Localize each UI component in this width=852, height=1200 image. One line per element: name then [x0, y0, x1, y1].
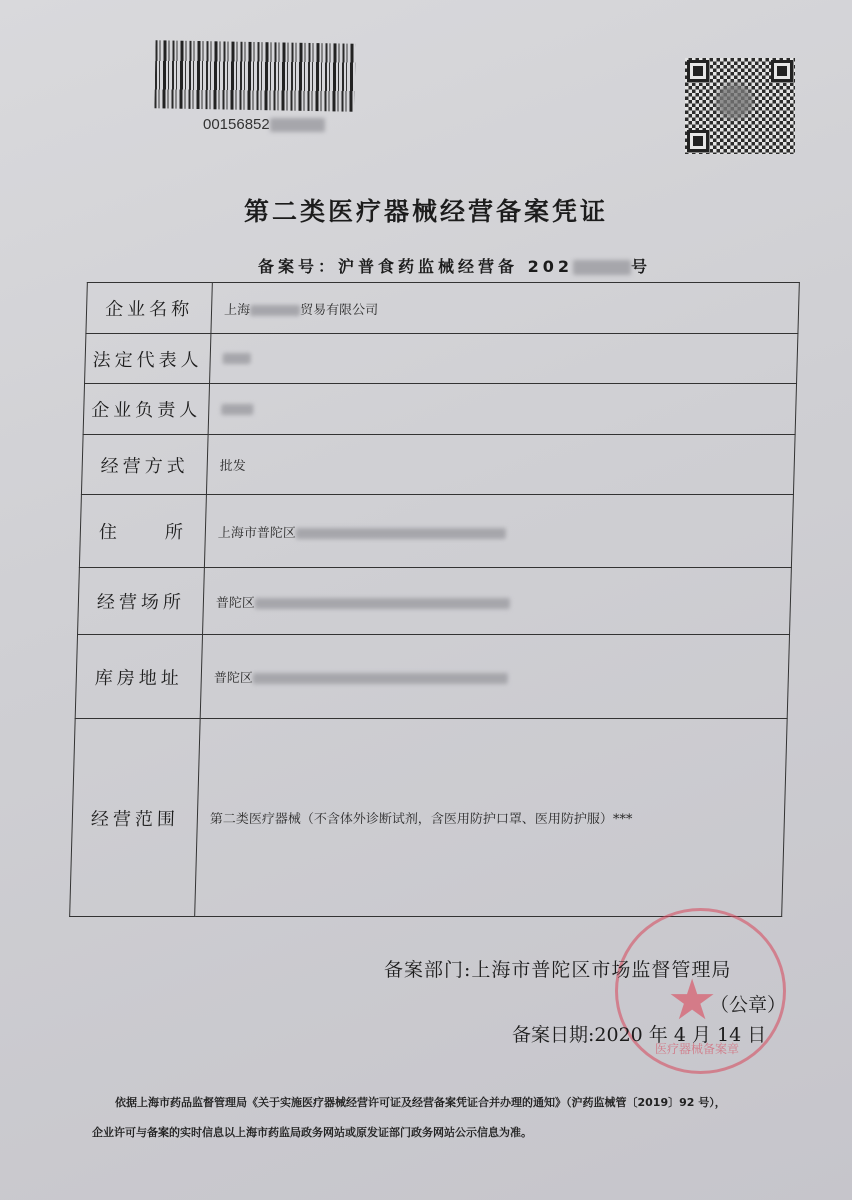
row-value: 普陀区	[203, 568, 792, 635]
table-row: 法定代表人	[85, 334, 798, 384]
redaction-blur	[221, 404, 253, 415]
row-label: 住 所	[79, 495, 206, 568]
department-label: 备案部门:	[384, 959, 471, 981]
record-date: 备案日期:2020 年 4 月 14 日	[512, 1020, 766, 1047]
barcode-number: 00156852	[203, 116, 325, 133]
date-value: 2020 年 4 月 14 日	[594, 1024, 766, 1046]
row-label: 库房地址	[75, 635, 202, 719]
table-row: 经营方式 批发	[81, 435, 795, 495]
row-value: 上海贸易有限公司	[211, 283, 799, 334]
value-text: 上海	[224, 303, 250, 318]
footnote-line: 企业许可与备案的实时信息以上海市药监局政务网站或原发证部门政务网站公示信息为准。	[92, 1124, 532, 1140]
table-row: 经营场所 普陀区	[78, 568, 792, 635]
barcode-icon	[154, 40, 355, 111]
row-label: 法定代表人	[85, 334, 211, 384]
date-label: 备案日期:	[512, 1024, 594, 1046]
table-row: 住 所 上海市普陀区	[79, 495, 793, 568]
value-text: 普陀区	[214, 671, 253, 686]
qr-finder-icon	[687, 60, 709, 82]
redaction-blur	[250, 305, 300, 316]
record-number-value: 沪普食药监械经营备 202	[338, 257, 573, 276]
value-text: 上海市普陀区	[218, 526, 296, 541]
row-value: 第二类医疗器械（不含体外诊断试剂，含医用防护口罩、医用防护服）***	[195, 719, 788, 917]
value-text: 普陀区	[216, 596, 255, 611]
barcode-number-text: 00156852	[203, 116, 270, 133]
table-row: 经营范围 第二类医疗器械（不含体外诊断试剂，含医用防护口罩、医用防护服）***	[70, 719, 788, 917]
table-row: 企业负责人	[83, 384, 796, 435]
record-number-suffix: 号	[631, 257, 651, 276]
row-label: 经营范围	[70, 719, 201, 917]
issuing-department: 备案部门:上海市普陀区市场监督管理局	[384, 955, 731, 982]
certificate-table: 企业名称 上海贸易有限公司 法定代表人 企业负责人 经营方式 批发 住 所 上海…	[69, 282, 800, 917]
redaction-blur	[255, 598, 510, 609]
table-row: 库房地址 普陀区	[75, 635, 789, 719]
seal-note: （公章）	[710, 990, 786, 1017]
redaction-blur	[573, 260, 631, 275]
row-label: 经营场所	[78, 568, 205, 635]
redaction-blur	[270, 118, 325, 132]
qr-finder-icon	[687, 130, 709, 152]
redaction-blur	[296, 528, 506, 539]
qr-code-icon	[685, 58, 795, 154]
department-value: 上海市普陀区市场监督管理局	[471, 959, 731, 981]
qr-finder-icon	[771, 60, 793, 82]
row-label: 经营方式	[81, 435, 208, 495]
row-value	[210, 334, 798, 384]
document-title: 第二类医疗器械经营备案凭证	[0, 192, 852, 228]
value-text: 第二类医疗器械（不含体外诊断试剂，含医用防护口罩、医用防护服）***	[210, 812, 633, 827]
row-label: 企业负责人	[83, 384, 209, 435]
table-row: 企业名称 上海贸易有限公司	[86, 283, 799, 334]
row-value: 上海市普陀区	[204, 495, 793, 568]
row-label: 企业名称	[86, 283, 212, 334]
value-text: 批发	[220, 459, 246, 474]
value-text: 贸易有限公司	[300, 303, 378, 318]
redaction-blur	[253, 673, 508, 684]
row-value: 普陀区	[200, 635, 789, 719]
record-number: 备案号：沪普食药监械经营备 202号	[258, 254, 651, 277]
record-number-label: 备案号：	[258, 257, 338, 276]
redaction-blur	[223, 353, 251, 364]
footnote-line: 依据上海市药品监督管理局《关于实施医疗器械经营许可证及经营备案凭证合并办理的通知…	[115, 1094, 726, 1110]
row-value	[208, 384, 796, 435]
row-value: 批发	[206, 435, 795, 495]
